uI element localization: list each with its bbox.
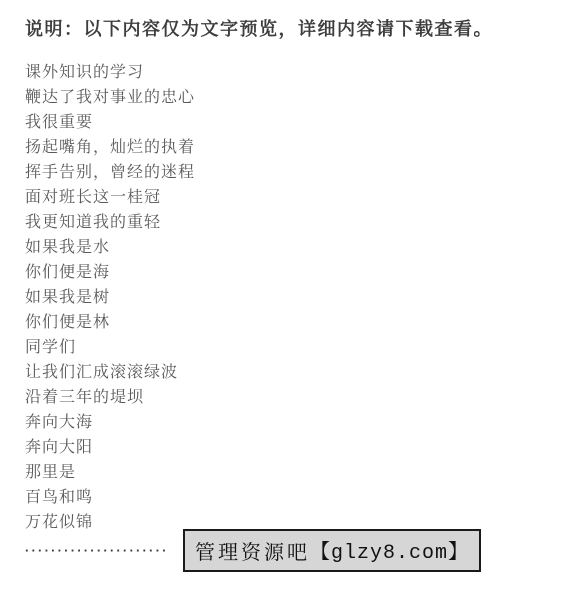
preview-line: 奔向大阳 (25, 435, 578, 460)
preview-line: 让我们汇成滚滚绿波 (25, 360, 578, 385)
preview-line: 奔向大海 (25, 410, 578, 435)
preview-line: 那里是 (25, 460, 578, 485)
brand-site-text: 【glzy8.com】 (310, 535, 469, 565)
brand-name-text: 管理资源吧 (195, 536, 310, 565)
preview-lines: 课外知识的学习 鞭达了我对事业的忠心 我很重要 扬起嘴角，灿烂的执着 挥手告别，… (25, 60, 578, 535)
preview-line: 如果我是树 (25, 285, 578, 310)
preview-line: 我很重要 (25, 110, 578, 135)
preview-line: 课外知识的学习 (25, 60, 578, 85)
dots-leader: ······················ (25, 544, 175, 557)
preview-line: 如果我是水 (25, 235, 578, 260)
preview-line: 我更知道我的重轻 (25, 210, 578, 235)
notice-text: 说明：以下内容仅为文字预览，详细内容请下载查看。 (25, 17, 578, 41)
preview-line: 面对班长这一桂冠 (25, 185, 578, 210)
preview-line: 扬起嘴角，灿烂的执着 (25, 135, 578, 160)
brand-box: 管理资源吧 【glzy8.com】 (183, 529, 481, 572)
preview-page: 说明：以下内容仅为文字预览，详细内容请下载查看。 课外知识的学习 鞭达了我对事业… (0, 0, 578, 572)
preview-line: 挥手告别，曾经的迷程 (25, 160, 578, 185)
preview-line: 你们便是林 (25, 310, 578, 335)
preview-line: 沿着三年的堤坝 (25, 385, 578, 410)
preview-line: 同学们 (25, 335, 578, 360)
preview-line: 你们便是海 (25, 260, 578, 285)
preview-line: 百鸟和鸣 (25, 485, 578, 510)
preview-line: 鞭达了我对事业的忠心 (25, 85, 578, 110)
footer-row: ······················ 管理资源吧 【glzy8.com】 (25, 529, 578, 572)
